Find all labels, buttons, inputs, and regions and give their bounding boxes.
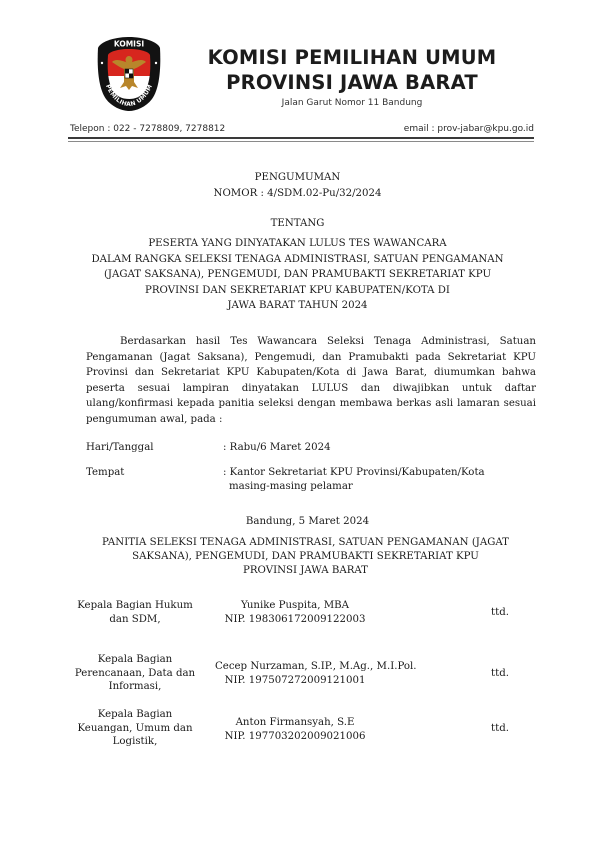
signatory-position: Kepala Bagian Perencanaan, Data dan Info… <box>70 653 200 694</box>
kpu-logo: KOMISI PEMILIHAN UMUM <box>96 36 162 112</box>
letterhead-divider-thin <box>68 141 534 142</box>
position-line: Kepala Bagian <box>70 708 200 722</box>
signatory-position: Kepala Bagian Keuangan, Umum dan Logisti… <box>70 708 200 749</box>
subject-line: DALAM RANGKA SELEKSI TENAGA ADMINISTRASI… <box>60 252 535 268</box>
body-text: Berdasarkan hasil Tes Wawancara Seleksi … <box>86 336 536 425</box>
schedule-value-date: : Rabu/6 Maret 2024 <box>223 441 543 455</box>
schedule-label-date: Hari/Tanggal <box>86 441 154 455</box>
signatory-position: Kepala Bagian Hukum dan SDM, <box>70 599 200 626</box>
signatory-identity: Anton Firmansyah, S.E NIP. 1977032020090… <box>215 716 375 743</box>
announcement-number: NOMOR : 4/SDM.02-Pu/32/2024 <box>60 186 535 202</box>
signatory-nip: NIP. 197507272009121001 <box>215 674 375 688</box>
subject-line: PESERTA YANG DINYATAKAN LULUS TES WAWANC… <box>60 236 535 252</box>
subject-line: PROVINSI DAN SEKRETARIAT KPU KABUPATEN/K… <box>60 283 535 299</box>
position-line: Logistik, <box>70 735 200 749</box>
organization-name: KOMISI PEMILIHAN UMUM <box>182 45 522 70</box>
signature-mark: ttd. <box>485 667 515 681</box>
signatory-nip: NIP. 197703202009021006 <box>215 730 375 744</box>
organization-address: Jalan Garut Nomor 11 Bandung <box>182 98 522 108</box>
announcement-heading: PENGUMUMAN <box>60 170 535 186</box>
about-label: TENTANG <box>60 216 535 232</box>
email-address: email : prov-jabar@kpu.go.id <box>404 124 534 134</box>
announcement-body: Berdasarkan hasil Tes Wawancara Seleksi … <box>86 334 536 428</box>
organization-province: PROVINSI JAWA BARAT <box>182 70 522 95</box>
signature-mark: ttd. <box>485 722 515 736</box>
subject-line: JAWA BARAT TAHUN 2024 <box>60 298 535 314</box>
position-line: dan SDM, <box>70 613 200 627</box>
letterhead-divider-thick <box>68 137 534 139</box>
signature-mark: ttd. <box>485 606 515 620</box>
kpu-garuda-emblem-icon: KOMISI PEMILIHAN UMUM <box>96 36 162 112</box>
svg-text:KOMISI: KOMISI <box>114 40 145 49</box>
schedule-value-place-cont: masing-masing pelamar <box>229 480 549 494</box>
place-date: Bandung, 5 Maret 2024 <box>70 514 545 530</box>
signatory-name: Anton Firmansyah, S.E <box>215 716 375 730</box>
signatory-identity: Yunike Puspita, MBA NIP. 198306172009122… <box>215 599 375 626</box>
position-line: Perencanaan, Data dan <box>70 667 200 681</box>
subject-line: (JAGAT SAKSANA), PENGEMUDI, DAN PRAMUBAK… <box>60 267 535 283</box>
signatory-nip: NIP. 198306172009122003 <box>215 613 375 627</box>
position-line: Informasi, <box>70 680 200 694</box>
committee-line: PROVINSI JAWA BARAT <box>68 563 543 579</box>
position-line: Keuangan, Umum dan <box>70 722 200 736</box>
signatory-identity: Cecep Nurzaman, S.IP., M.Ag., M.I.Pol. N… <box>215 660 375 687</box>
position-line: Kepala Bagian <box>70 653 200 667</box>
phone-number: Telepon : 022 - 7278809, 7278812 <box>70 124 225 134</box>
schedule-label-place: Tempat <box>86 466 124 480</box>
signatory-name: Cecep Nurzaman, S.IP., M.Ag., M.I.Pol. <box>215 660 375 674</box>
schedule-value-place: : Kantor Sekretariat KPU Provinsi/Kabupa… <box>223 466 543 480</box>
signatory-name: Yunike Puspita, MBA <box>215 599 375 613</box>
position-line: Kepala Bagian Hukum <box>70 599 200 613</box>
